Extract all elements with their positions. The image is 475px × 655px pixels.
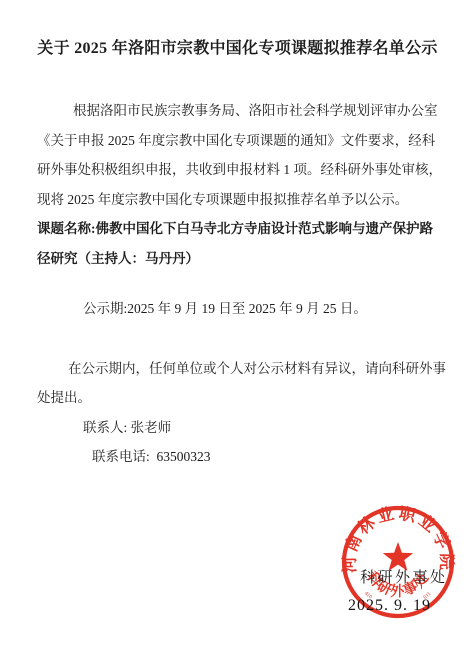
paragraph-topic: 课题名称:佛教中国化下白马寺北方寺庙设计范式影响与遗产保护路 径研究（主持人：马… (37, 214, 436, 273)
contact-phone-line: 联系电话: 63500323 (37, 442, 436, 472)
paragraph-objection: 在公示期内，任何单位或个人对公示材料有异议，请向科研外事 处提出。 (37, 354, 436, 413)
body-line: 在公示期内，任何单位或个人对公示材料有异议，请向科研外事 (37, 354, 436, 384)
seal-department-text: 科研外事处 (360, 566, 448, 587)
body-line: 根据洛阳市民族宗教事务局、洛阳市社会科学规划评审办公室 (37, 96, 436, 126)
paragraph-intro: 根据洛阳市民族宗教事务局、洛阳市社会科学规划评审办公室 《关于申报 2025 年… (37, 96, 436, 214)
topic-title-line: 课题名称:佛教中国化下白马寺北方寺庙设计范式影响与遗产保护路 (37, 214, 436, 244)
seal-date: 2025. 9. 19 (348, 597, 431, 615)
document-body: 根据洛阳市民族宗教事务局、洛阳市社会科学规划评审办公室 《关于申报 2025 年… (37, 96, 436, 472)
body-line: 处提出。 (37, 383, 436, 413)
body-line: 现将 2025 年度宗教中国化专项课题申报拟推荐名单予以公示。 (37, 185, 436, 215)
document-title: 关于 2025 年洛阳市宗教中国化专项课题拟推荐名单公示 (10, 0, 465, 58)
topic-title-line: 径研究（主持人：马丹丹） (37, 244, 436, 274)
document-page: 关于 2025 年洛阳市宗教中国化专项课题拟推荐名单公示 根据洛阳市民族宗教事务… (0, 0, 475, 655)
notice-period-line: 公示期:2025 年 9 月 19 日至 2025 年 9 月 25 日。 (37, 294, 436, 324)
body-line: 《关于申报 2025 年度宗教中国化专项课题的通知》文件要求，经科 (37, 126, 436, 156)
body-line: 研外事处积极组织申报，共收到申报材料 1 项。经科研外事处审核， (37, 155, 436, 185)
contact-person-line: 联系人: 张老师 (37, 413, 436, 443)
